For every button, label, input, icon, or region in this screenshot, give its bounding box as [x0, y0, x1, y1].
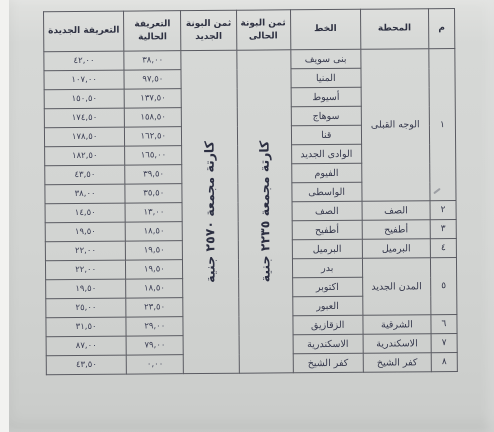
table-row: ١الوجه القبلىبنى سويفكارتة مجمعة ٢٢٣٥ جن…: [44, 49, 455, 71]
line-cell: بنى سويف: [290, 49, 360, 69]
line-cell: الفيوم: [291, 163, 361, 183]
tariff-new-cell: ١٧٨,٥٠: [44, 127, 124, 147]
num-cell: ٦: [431, 314, 457, 333]
header-bona-current: ثمن البونة الحالى: [236, 10, 290, 50]
line-cell: سوهاج: [291, 106, 361, 126]
tariff-new-cell: ٤٣,٥٠: [46, 355, 126, 375]
tariff-new-cell: ١٤,٥٠: [45, 203, 125, 223]
station-cell: المدن الجديد: [362, 258, 431, 316]
tariff-current-cell: ١٨,٥٠: [125, 222, 182, 241]
tariff-new-cell: ١٩,٥٠: [45, 222, 125, 242]
line-cell: المنيا: [291, 68, 361, 88]
tariff-new-cell: ١٩,٥٠: [46, 279, 126, 299]
tariff-new-cell: ٢٥,٠٠: [46, 298, 126, 318]
header-tariff-current: التعريفة الحالية: [124, 11, 181, 51]
line-cell: أطفيح: [292, 220, 362, 240]
tariff-new-cell: ١٧٤,٥٠: [44, 108, 124, 128]
tariff-new-cell: ٢٢,٠٠: [45, 241, 125, 261]
tariff-current-cell: ١٩,٥٠: [126, 241, 183, 260]
header-tariff-new: التعريفة الجديدة: [44, 11, 125, 52]
station-cell: أطفيح: [362, 220, 430, 240]
line-cell: العبور: [292, 296, 362, 316]
tariff-current-cell: ١٦٥,٠٠: [125, 146, 182, 165]
tariff-current-cell: ٧٩,٠٠: [126, 336, 183, 355]
line-cell: الواسطى: [291, 182, 361, 202]
card-note-new: كارتة مجمعة ٢٥٧٠ جنية: [202, 141, 218, 283]
tariff-current-cell: ١٣٧,٥٠: [124, 89, 181, 108]
tariff-new-cell: ٤٢,٠٠: [44, 51, 124, 71]
line-cell: بدر: [292, 258, 362, 278]
card-note-current: كارتة مجمعة ٢٢٣٥ جنية: [257, 141, 273, 283]
tariff-new-cell: ٨٧,٠٠: [46, 336, 126, 356]
line-cell: قنا: [291, 125, 361, 145]
tariff-new-cell: ٢٢,٠٠: [45, 260, 125, 280]
tariff-current-cell: ٣٥,٥٠: [125, 184, 182, 203]
num-cell: ١: [429, 49, 456, 201]
tariff-new-cell: ١٠٧,٠٠: [44, 70, 124, 90]
bona-new-cell: كارتة مجمعة ٢٥٧٠ جنية: [181, 50, 239, 373]
table-body: ١الوجه القبلىبنى سويفكارتة مجمعة ٢٢٣٥ جن…: [44, 49, 458, 375]
line-cell: الزقازيق: [293, 315, 363, 335]
station-cell: الصف: [362, 201, 430, 221]
bona-current-cell: كارتة مجمعة ٢٢٣٥ جنية: [236, 50, 293, 373]
line-cell: البرميل: [292, 239, 362, 259]
tariff-new-cell: ١٥٠,٥٠: [44, 89, 124, 109]
tariff-new-cell: ٣٨,٠٠: [45, 184, 125, 204]
num-cell: ٨: [431, 352, 457, 371]
tariff-current-cell: ٣٩,٥٠: [125, 165, 182, 184]
station-cell: كفر الشيخ: [363, 353, 431, 373]
line-cell: الاسكندرية: [293, 334, 363, 354]
tariff-current-cell: ٩٧,٥٠: [124, 70, 181, 89]
tariff-current-cell: ٢٩,٠٠: [126, 317, 183, 336]
header-num: م: [428, 9, 454, 49]
scanned-document: م المحطة الخط ثمن البونة الحالى ثمن البو…: [0, 0, 494, 432]
num-cell: ٥: [430, 257, 457, 314]
tariff-current-cell: ٢٣,٥٠: [126, 298, 183, 317]
tariff-table: م المحطة الخط ثمن البونة الحالى ثمن البو…: [43, 8, 458, 375]
num-cell: ٢: [430, 200, 456, 219]
line-cell: الوادى الجديد: [291, 144, 361, 164]
station-cell: البرميل: [362, 239, 430, 259]
station-cell: الاسكندرية: [363, 334, 431, 354]
station-cell: الوجه القبلى: [361, 49, 430, 202]
tariff-current-cell: ٣٨,٠٠: [124, 51, 181, 70]
line-cell: اكتوبر: [292, 277, 362, 297]
tariff-new-cell: ٣١,٥٠: [46, 317, 126, 337]
num-cell: ٣: [430, 219, 456, 238]
tariff-current-cell: ١٣,٠٠: [125, 203, 182, 222]
tariff-current-cell: ١٩,٥٠: [126, 260, 183, 279]
tariff-current-cell: ١٦٢,٥٠: [125, 127, 182, 146]
line-cell: الصف: [292, 201, 362, 221]
tariff-current-cell: ١٨,٥٠: [126, 279, 183, 298]
header-line: الخط: [290, 9, 360, 50]
header-row: م المحطة الخط ثمن البونة الحالى ثمن البو…: [44, 9, 455, 52]
tariff-new-cell: ١٨٢,٥٠: [45, 146, 125, 166]
header-bona-new: ثمن البونة الجديد: [181, 10, 236, 50]
tariff-current-cell: ٠,٠٠: [126, 355, 183, 374]
tariff-new-cell: ٤٣,٥٠: [45, 165, 125, 185]
line-cell: كفر الشيخ: [293, 353, 363, 373]
header-station: المحطة: [360, 9, 428, 50]
tariff-current-cell: ١٥٨,٥٠: [125, 108, 182, 127]
station-cell: الشرقية: [363, 315, 431, 335]
line-cell: أسيوط: [291, 87, 361, 107]
num-cell: ٧: [431, 333, 457, 352]
num-cell: ٤: [430, 238, 456, 257]
